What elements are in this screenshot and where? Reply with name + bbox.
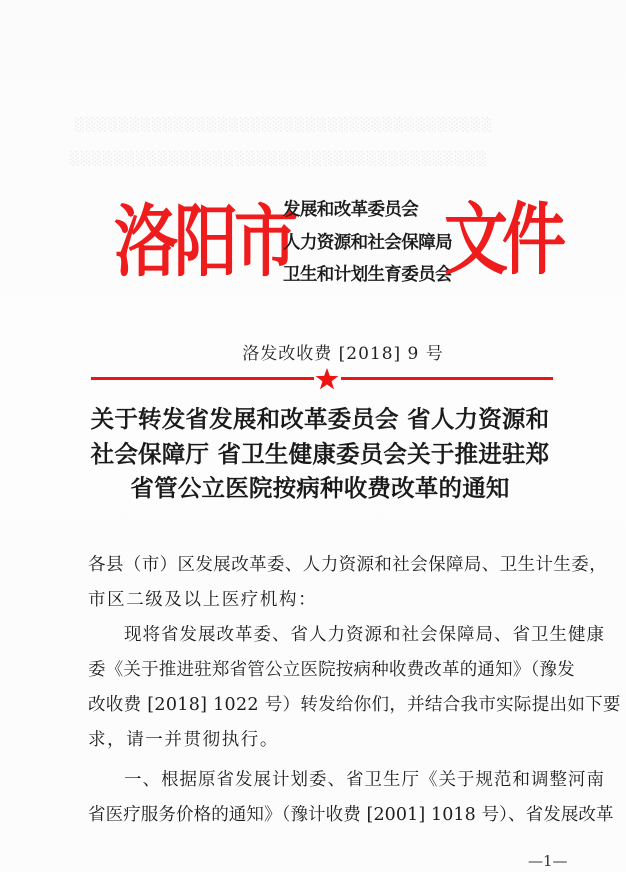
title-line: 社会保障厅 省卫生健康委员会关于推进驻郑: [60, 437, 580, 472]
body-paragraph-line: 省医疗服务价格的通知》（豫计收费 [2001] 1018 号）、省发展改革: [88, 798, 558, 833]
body-paragraph-line: 求，请一并贯彻执行。: [88, 723, 558, 758]
organization-name: 卫生和计划生育委员会: [283, 259, 458, 292]
document-suffix: 文件: [444, 186, 560, 296]
red-divider-right: [341, 377, 553, 380]
bleed-through-text: ░░░░░░░░░░░░░░░░░░░░░░░░░░░░░░░░░░░░░░: [70, 152, 488, 167]
document-page: ░░░░░░░░░░░░░░░░░░░░░░░░░░░░░░░░░░░░░░ ░…: [0, 0, 626, 872]
addressee-line: 市区二级及以上医疗机构：: [88, 583, 558, 618]
document-title: 关于转发省发展和改革委员会 省人力资源和 社会保障厅 省卫生健康委员会关于推进驻…: [60, 402, 580, 506]
body-paragraph-line: 一、根据原省发展计划委、省卫生厅《关于规范和调整河南: [88, 763, 558, 798]
document-number: 洛发改收费 [2018] 9 号: [0, 339, 626, 364]
issuing-organizations: 发展和改革委员会 人力资源和社会保障局 卫生和计划生育委员会: [283, 194, 458, 292]
body-paragraph-line: 现将省发展改革委、省人力资源和社会保障局、省卫生健康: [88, 618, 558, 653]
page-number: —1—: [528, 852, 568, 870]
body-paragraph-line: 改收费 [2018] 1022 号）转发给你们，并结合我市实际提出如下要: [88, 688, 558, 723]
title-line: 省管公立医院按病种收费改革的通知: [60, 471, 580, 506]
organization-name: 发展和改革委员会: [283, 194, 458, 227]
title-line: 关于转发省发展和改革委员会 省人力资源和: [60, 402, 580, 437]
bleed-through-text: ░░░░░░░░░░░░░░░░░░░░░░░░░░░░░░░░░░░░░░: [75, 118, 493, 133]
issuing-city: 洛阳市: [114, 188, 294, 298]
red-divider-left: [91, 377, 314, 380]
organization-name: 人力资源和社会保障局: [283, 227, 458, 260]
addressee-line: 各县（市）区发展改革委、人力资源和社会保障局、卫生计生委，: [88, 548, 558, 583]
red-star-icon: [314, 368, 340, 390]
body-paragraph-line: 委《关于推进驻郑省管公立医院按病种收费改革的通知》（豫发: [88, 653, 558, 688]
document-body: 各县（市）区发展改革委、人力资源和社会保障局、卫生计生委， 市区二级及以上医疗机…: [88, 548, 558, 833]
